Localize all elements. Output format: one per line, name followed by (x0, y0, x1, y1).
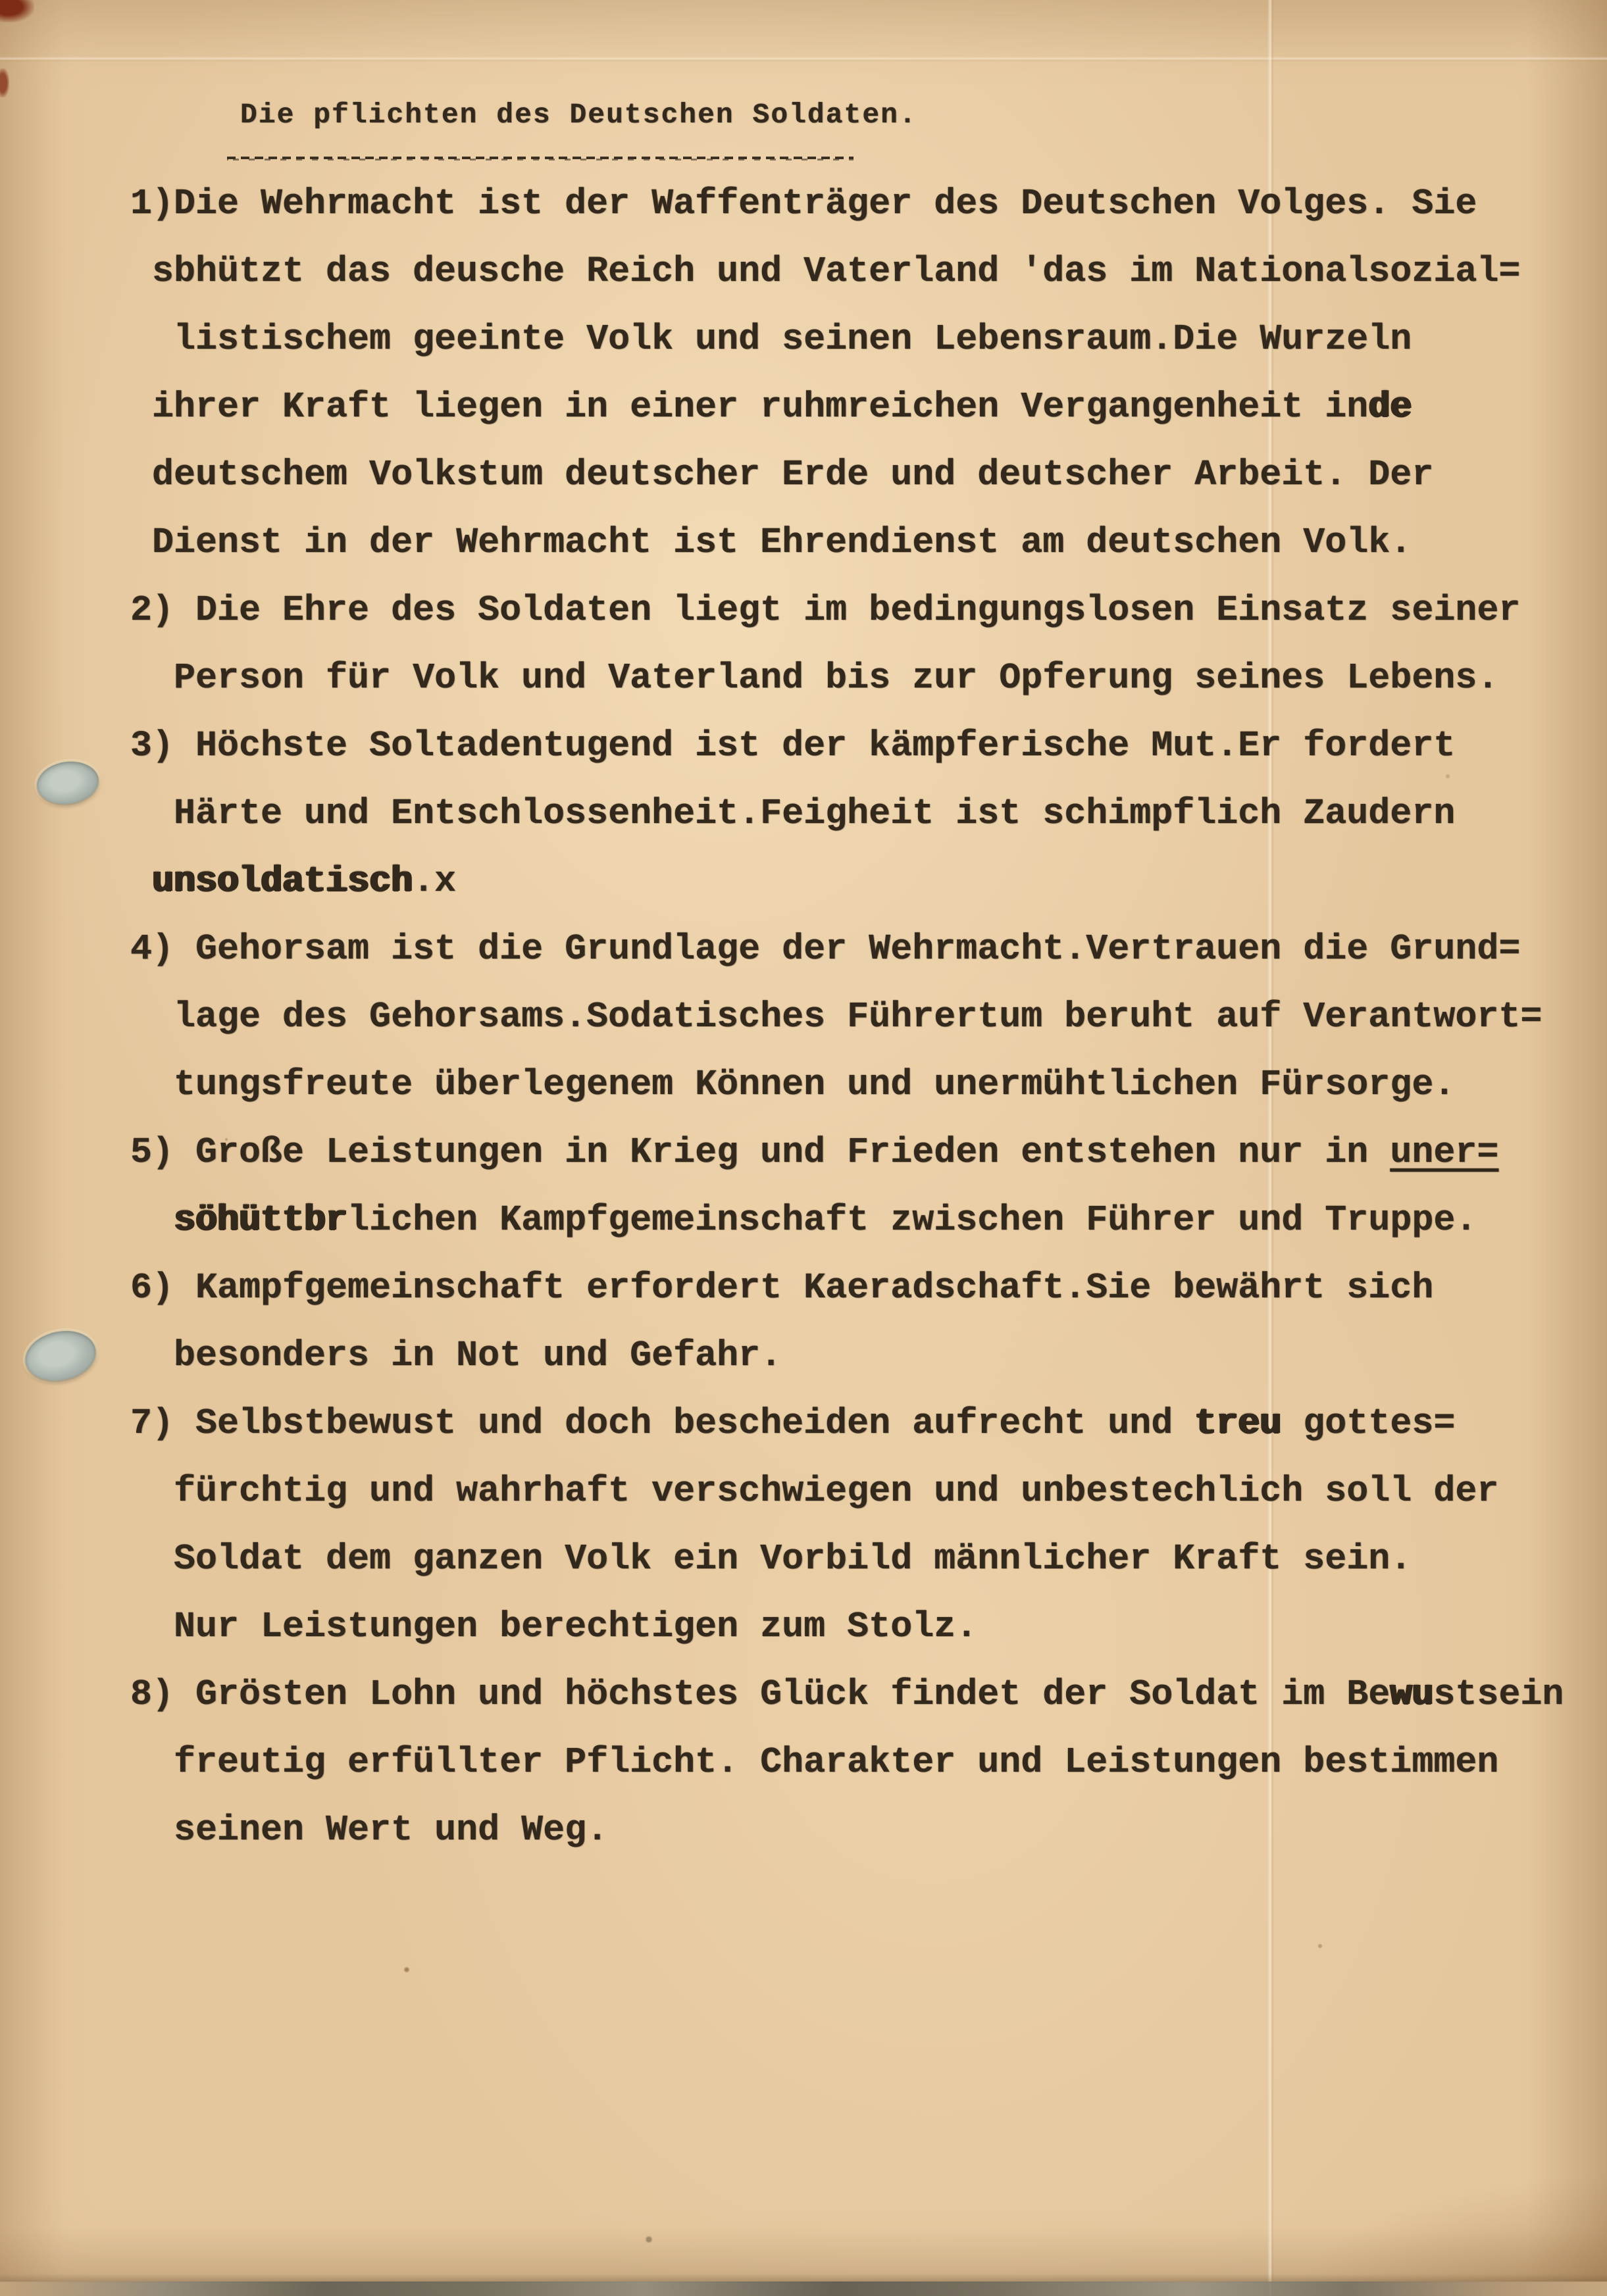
text-line: seinen Wert und Weg. (130, 1796, 1607, 1864)
text-segment-overstrike: treu (1194, 1403, 1281, 1444)
text-line: 3) Höchste Soltadentugend ist der kämpfe… (130, 712, 1607, 780)
text-line: 2) Die Ehre des Soldaten liegt im beding… (130, 576, 1607, 644)
text-segment: Soldat dem ganzen Volk ein Vorbild männl… (130, 1538, 1412, 1580)
text-line: Person für Volk und Vaterland bis zur Op… (130, 644, 1607, 712)
text-segment-overstrike: söhüttbr (174, 1199, 347, 1241)
text-segment: stsein (1433, 1674, 1564, 1715)
text-segment: .x (413, 861, 456, 902)
text-line: 5) Große Leistungen in Krieg und Frieden… (130, 1118, 1607, 1186)
text-segment-underline: uner= (1390, 1132, 1498, 1173)
text-line: Dienst in der Wehrmacht ist Ehrendienst … (130, 509, 1607, 576)
text-line: listischem geeinte Volk und seinen Leben… (130, 305, 1607, 373)
punch-hole-top (34, 758, 101, 808)
text-segment: gottes= (1281, 1403, 1455, 1444)
document-page: Die pflichten des Deutschen Soldaten. 1)… (0, 0, 1607, 2296)
text-line: lage des Gehorsams.Sodatisches Führertum… (130, 983, 1607, 1051)
text-segment: 7) Selbstbewust und doch bescheiden aufr… (130, 1403, 1194, 1444)
text-segment: listischem geeinte Volk und seinen Leben… (130, 318, 1412, 360)
text-segment: 3) Höchste Soltadentugend ist der kämpfe… (130, 725, 1455, 766)
document-body: 1)Die Wehrmacht ist der Waffenträger des… (130, 170, 1607, 1864)
title-underline (227, 157, 854, 161)
text-segment-overstrike: wu (1390, 1674, 1433, 1715)
text-segment: 2) Die Ehre des Soldaten liegt im beding… (130, 589, 1520, 631)
text-line: 8) Grösten Lohn und höchstes Glück finde… (130, 1660, 1607, 1728)
text-segment: 5) Große Leistungen in Krieg und Frieden… (130, 1132, 1390, 1173)
text-segment: tungsfreute überlegenem Können und unerm… (130, 1064, 1455, 1105)
punch-hole-bottom (20, 1325, 100, 1387)
text-segment (130, 1199, 174, 1241)
text-segment: lichen Kampfgemeinschaft zwischen Führer… (347, 1199, 1477, 1241)
text-segment: Dienst in der Wehrmacht ist Ehrendienst … (130, 522, 1412, 563)
text-segment (130, 861, 152, 902)
edge-stain (0, 68, 9, 97)
text-segment: Nur Leistungen berechtigen zum Stolz. (130, 1606, 977, 1647)
text-line: fürchtig und wahrhaft verschwiegen und u… (130, 1457, 1607, 1525)
text-line: Nur Leistungen berechtigen zum Stolz. (130, 1593, 1607, 1660)
text-segment: Person für Volk und Vaterland bis zur Op… (130, 657, 1498, 699)
text-segment: sbhützt das deusche Reich und Vaterland … (130, 251, 1520, 292)
text-line: söhüttbrlichen Kampfgemeinschaft zwische… (130, 1186, 1607, 1254)
text-segment: 6) Kampfgemeinschaft erfordert Kaeradsch… (130, 1267, 1433, 1309)
text-line: sbhützt das deusche Reich und Vaterland … (130, 237, 1607, 305)
text-line: 6) Kampfgemeinschaft erfordert Kaeradsch… (130, 1254, 1607, 1322)
text-segment: lage des Gehorsams.Sodatisches Führertum… (130, 996, 1542, 1037)
text-line: unsoldatisch.x (130, 847, 1607, 915)
text-line: 4) Gehorsam ist die Grundlage der Wehrma… (130, 915, 1607, 983)
fold-crease-horizontal (0, 57, 1607, 62)
text-line: deutschem Volkstum deutscher Erde und de… (130, 441, 1607, 509)
text-segment-overstrike: unsoldatisch (152, 861, 413, 902)
text-segment: freutig erfüllter Pflicht. Charakter und… (130, 1741, 1498, 1783)
text-segment: besonders in Not und Gefahr. (130, 1335, 782, 1376)
text-line: besonders in Not und Gefahr. (130, 1322, 1607, 1389)
text-line: 1)Die Wehrmacht ist der Waffenträger des… (130, 170, 1607, 237)
text-line: Härte und Entschlossenheit.Feigheit ist … (130, 780, 1607, 847)
text-segment: 8) Grösten Lohn und höchstes Glück finde… (130, 1674, 1390, 1715)
text-segment: ihrer Kraft liegen in einer ruhmreichen … (130, 386, 1368, 428)
corner-stain (0, 0, 34, 22)
text-line: ihrer Kraft liegen in einer ruhmreichen … (130, 373, 1607, 441)
text-segment: 4) Gehorsam ist die Grundlage der Wehrma… (130, 928, 1520, 970)
text-segment: Härte und Entschlossenheit.Feigheit ist … (130, 793, 1455, 834)
text-line: freutig erfüllter Pflicht. Charakter und… (130, 1728, 1607, 1796)
text-segment-overstrike: de (1368, 386, 1412, 428)
text-segment: seinen Wert und Weg. (130, 1809, 608, 1851)
text-segment: fürchtig und wahrhaft verschwiegen und u… (130, 1470, 1498, 1512)
text-line: tungsfreute überlegenem Können und unerm… (130, 1051, 1607, 1118)
text-segment: 1)Die Wehrmacht ist der Waffenträger des… (130, 183, 1477, 224)
text-line: 7) Selbstbewust und doch bescheiden aufr… (130, 1389, 1607, 1457)
text-line: Soldat dem ganzen Volk ein Vorbild männl… (130, 1525, 1607, 1593)
text-segment: deutschem Volkstum deutscher Erde und de… (130, 454, 1433, 495)
scan-edge (0, 2282, 1607, 2296)
document-title: Die pflichten des Deutschen Soldaten. (240, 99, 917, 131)
